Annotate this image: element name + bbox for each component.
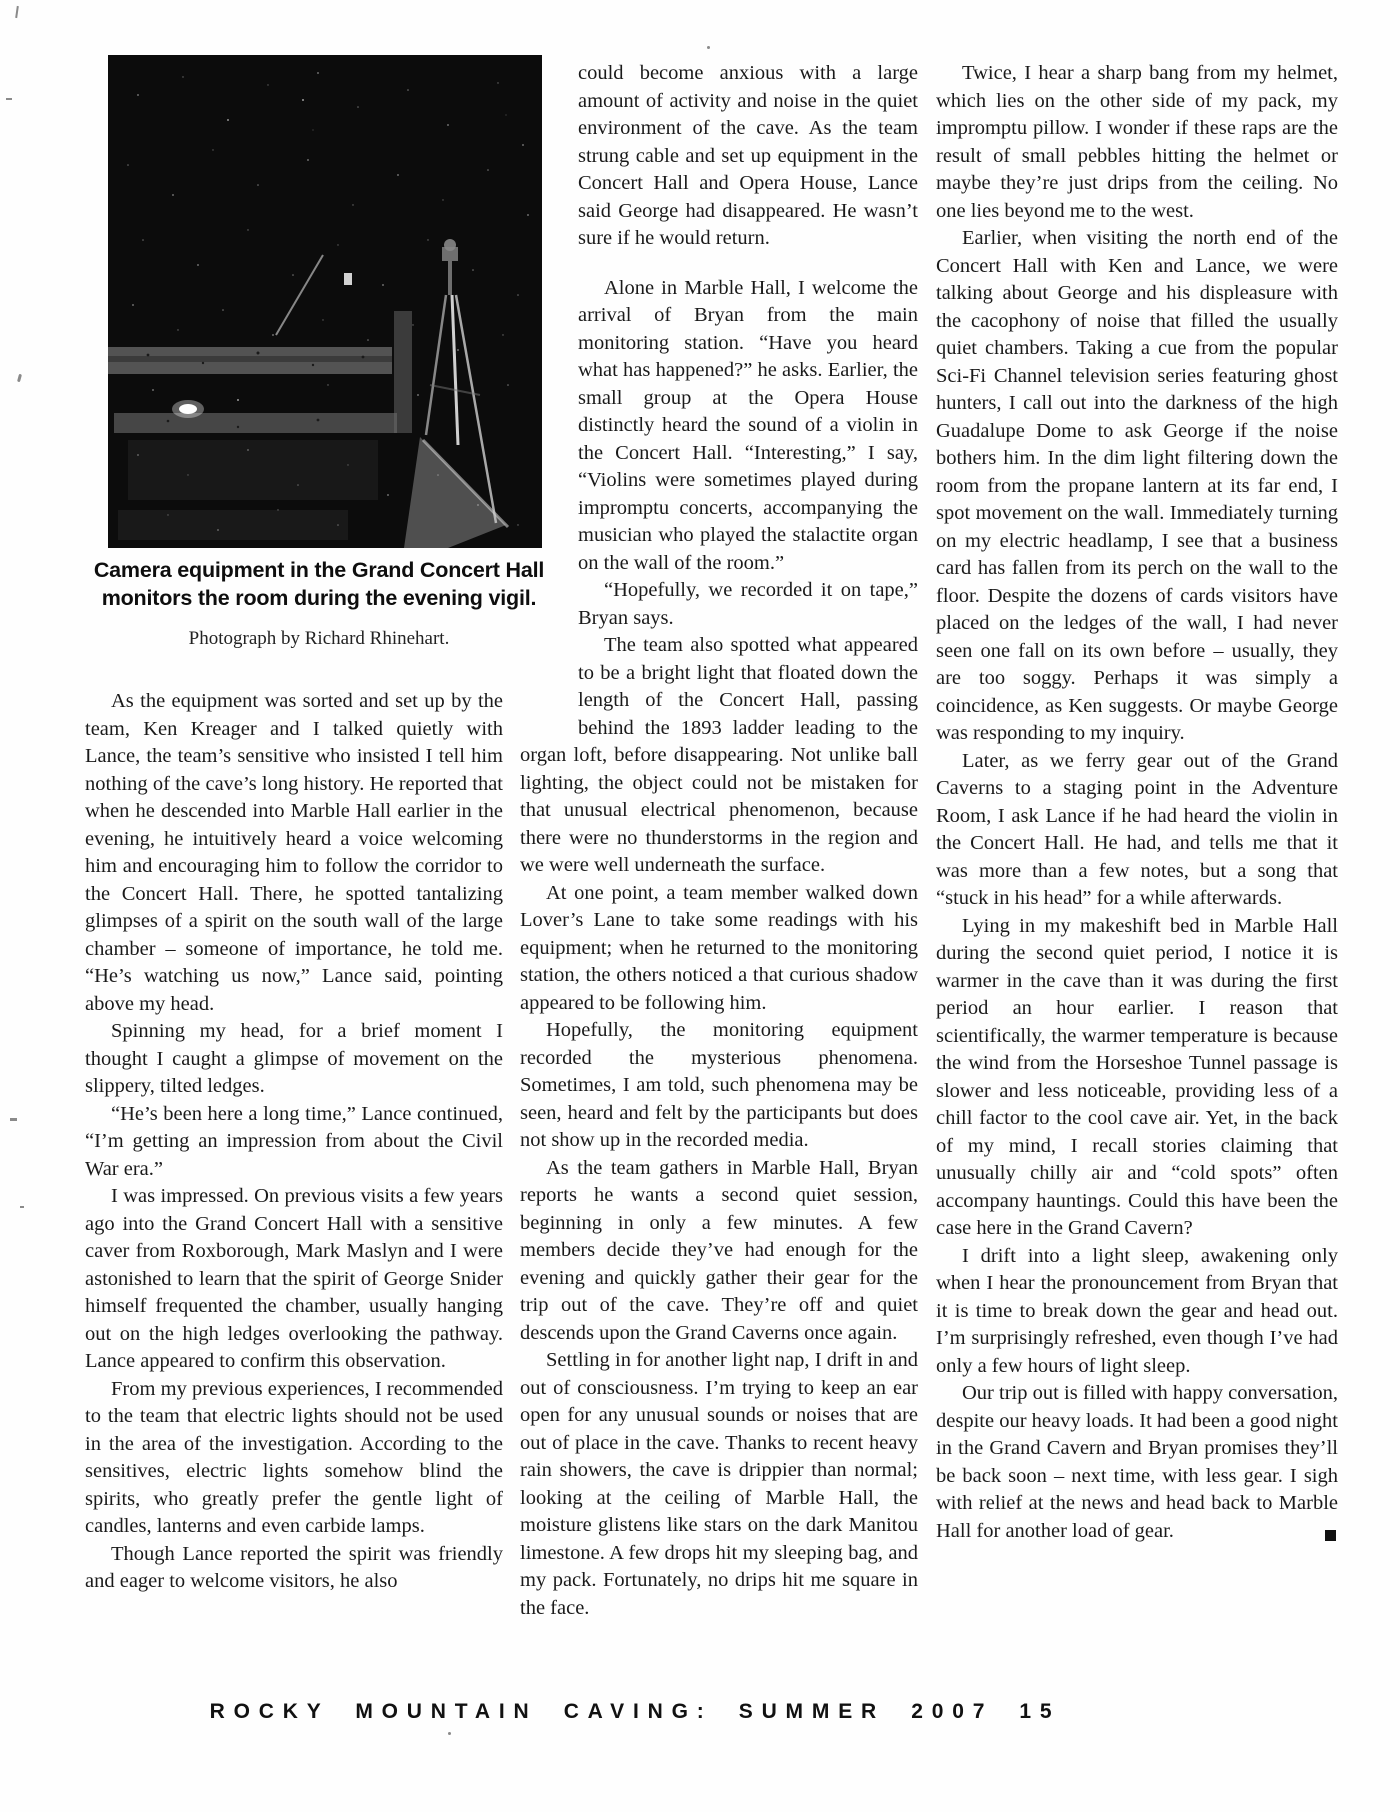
body-paragraph: From my previous experiences, I recommen…	[85, 1376, 503, 1541]
scan-artifact	[448, 1732, 451, 1735]
scan-artifact	[20, 1206, 24, 1208]
cave-photo-image	[108, 55, 542, 548]
lamp-highlight	[179, 404, 197, 414]
column-3: Twice, I hear a sharp bang from my helme…	[936, 60, 1338, 1545]
body-paragraph: “Hopefully, we recorded it on tape,” Bry…	[520, 577, 918, 632]
fence-post	[394, 311, 412, 433]
body-paragraph: The team also spotted what appeared to b…	[520, 632, 918, 880]
body-paragraph: Lying in my makeshift bed in Marble Hall…	[936, 913, 1338, 1243]
cave-photo	[108, 55, 542, 548]
body-paragraph: Earlier, when visiting the north end of …	[936, 225, 1338, 748]
scan-artifact	[17, 374, 22, 383]
photo-credit: Photograph by Richard Rhinehart.	[88, 628, 550, 650]
lower-ledge-shadow	[128, 440, 378, 500]
body-paragraph: Spinning my head, for a brief moment I t…	[85, 1018, 503, 1101]
floor-texture	[118, 510, 348, 540]
photo-caption-line2: monitors the room during the evening vig…	[88, 584, 550, 612]
rail-band-lower	[114, 413, 397, 433]
body-paragraph: Though Lance reported the spirit was fri…	[85, 1541, 503, 1596]
magazine-page: Camera equipment in the Grand Concert Ha…	[0, 0, 1400, 1812]
bright-tag	[344, 273, 352, 285]
body-paragraph: Alone in Marble Hall, I welcome the arri…	[520, 275, 918, 578]
body-paragraph: Hopefully, the monitoring equipment reco…	[520, 1017, 918, 1155]
rail-shadow	[108, 356, 392, 362]
end-of-article-mark	[1325, 1530, 1336, 1541]
body-paragraph: could become anxious with a large amount…	[520, 60, 918, 253]
body-paragraph: Settling in for another light nap, I dri…	[520, 1347, 918, 1622]
column-1: As the equipment was sorted and set up b…	[85, 688, 503, 1596]
body-paragraph: “He’s been here a long time,” Lance cont…	[85, 1101, 503, 1184]
body-paragraph: As the team gathers in Marble Hall, Brya…	[520, 1155, 918, 1348]
photo-caption-line1: Camera equipment in the Grand Concert Ha…	[88, 556, 550, 584]
body-paragraph: Our trip out is filled with happy conver…	[936, 1380, 1338, 1545]
page-footer: ROCKY MOUNTAIN CAVING: SUMMER 2007 15	[0, 1700, 1270, 1724]
body-paragraph: Twice, I hear a sharp bang from my helme…	[936, 60, 1338, 225]
photo-wrap-spacer	[520, 60, 578, 716]
body-paragraph: At one point, a team member walked down …	[520, 880, 918, 1018]
scan-artifact	[15, 6, 19, 18]
scan-artifact	[6, 98, 12, 100]
body-paragraph: Later, as we ferry gear out of the Grand…	[936, 748, 1338, 913]
scan-artifact	[707, 46, 710, 49]
scan-artifact	[10, 1118, 17, 1121]
body-paragraph: I drift into a light sleep, awakening on…	[936, 1243, 1338, 1381]
photo-caption: Camera equipment in the Grand Concert Ha…	[88, 556, 550, 612]
body-paragraph: I was impressed. On previous visits a fe…	[85, 1183, 503, 1376]
column-2: could become anxious with a large amount…	[520, 60, 918, 1622]
body-paragraph: As the equipment was sorted and set up b…	[85, 688, 503, 1018]
